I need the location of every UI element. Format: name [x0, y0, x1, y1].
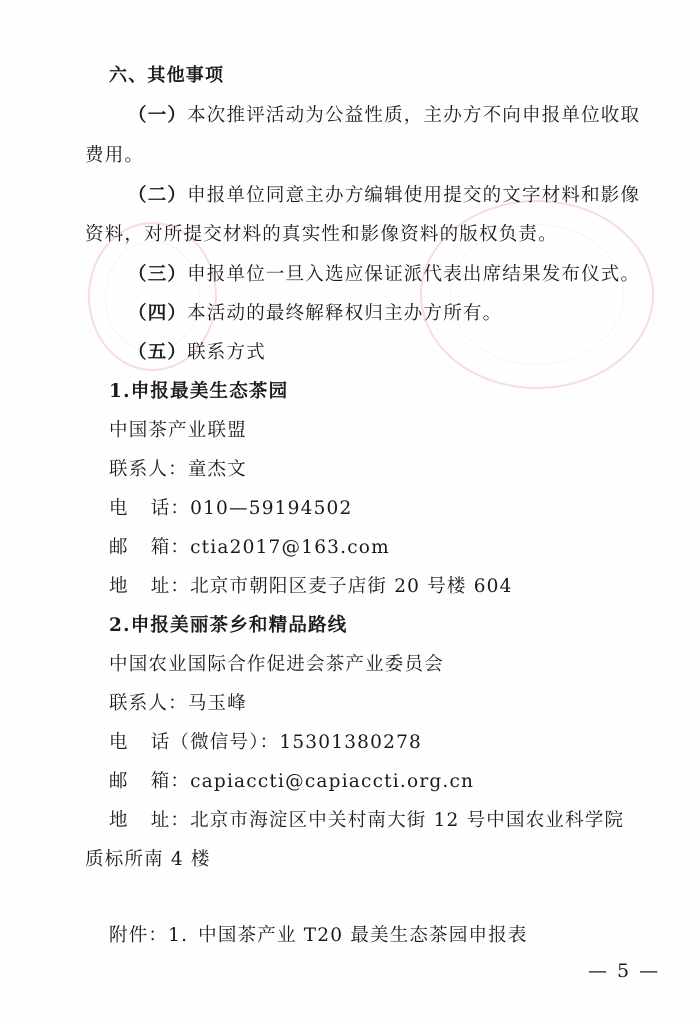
phone-value: 15301380278 — [279, 732, 422, 753]
item-text: 本次推评活动为公益性质，主办方不向申报单位收取 — [187, 105, 640, 126]
contact-2-heading: 2.申报美丽茶乡和精品路线 — [109, 614, 347, 638]
item-2: （二）申报单位同意主办方编辑使用提交的文字材料和影像 — [128, 184, 640, 208]
contact-1-person: 联系人：童杰文 — [109, 458, 247, 482]
contact-1-phone: 电话：010—59194502 — [109, 497, 352, 521]
person-name: 马玉峰 — [188, 693, 247, 714]
document-page: 六、其他事项 （一）本次推评活动为公益性质，主办方不向申报单位收取 费用。 （二… — [0, 0, 700, 1019]
address-label: 地 — [109, 576, 129, 597]
contact-1-email: 邮箱：ctia2017@163.com — [109, 536, 390, 560]
item-1: （一）本次推评活动为公益性质，主办方不向申报单位收取 — [128, 104, 640, 128]
email-label: 邮 — [109, 771, 129, 792]
contact-2-address-continuation: 质标所南 4 楼 — [85, 848, 211, 872]
email-value: ctia2017@163.com — [190, 537, 390, 558]
email-label: 邮 — [109, 537, 129, 558]
item-text: 联系方式 — [187, 342, 266, 363]
contact-1-heading: 1.申报最美生态茶园 — [109, 380, 288, 404]
phone-label-suffix: 话： — [151, 498, 190, 519]
person-label: 联系人： — [109, 693, 188, 714]
item-text: 申报单位一旦入选应保证派代表出席结果发布仪式。 — [187, 264, 640, 285]
phone-value: 010—59194502 — [190, 498, 352, 519]
contact-2-person: 联系人：马玉峰 — [109, 692, 247, 716]
phone-label-suffix: 话（微信号）： — [151, 732, 280, 753]
contact-2-address: 地址：北京市海淀区中关村南大街 12 号中国农业科学院 — [109, 809, 624, 833]
email-value: capiaccti@capiaccti.org.cn — [190, 771, 474, 792]
item-marker: （一） — [128, 105, 187, 126]
person-label: 联系人： — [109, 459, 188, 480]
contact-2-phone: 电话（微信号）：15301380278 — [109, 731, 422, 755]
address-value: 北京市海淀区中关村南大街 12 号中国农业科学院 — [190, 810, 624, 831]
phone-label: 电 — [109, 732, 129, 753]
item-marker: （二） — [128, 185, 187, 206]
contact-2-email: 邮箱：capiaccti@capiaccti.org.cn — [109, 770, 474, 794]
item-5: （五）联系方式 — [128, 341, 266, 365]
phone-label: 电 — [109, 498, 129, 519]
contact-1-address: 地址：北京市朝阳区麦子店街 20 号楼 604 — [109, 575, 513, 599]
contact-1-organization: 中国茶产业联盟 — [109, 419, 247, 443]
page-number: — 5 — — [588, 960, 660, 982]
contact-2-organization: 中国农业国际合作促进会茶产业委员会 — [109, 653, 444, 677]
attachment-label: 附件： — [109, 925, 168, 946]
item-2-continuation: 资料，对所提交材料的真实性和影像资料的版权负责。 — [85, 223, 558, 247]
address-label-suffix: 址： — [151, 810, 190, 831]
email-label-suffix: 箱： — [151, 537, 190, 558]
attachment-number: 1. — [168, 925, 188, 946]
address-value: 北京市朝阳区麦子店街 20 号楼 604 — [190, 576, 513, 597]
attachment-line: 附件：1.中国茶产业 T20 最美生态茶园申报表 — [109, 924, 528, 948]
section-title: 六、其他事项 — [109, 64, 224, 88]
attachment-title: 中国茶产业 T20 最美生态茶园申报表 — [198, 925, 527, 946]
address-label: 地 — [109, 810, 129, 831]
person-name: 童杰文 — [188, 459, 247, 480]
item-4: （四）本活动的最终解释权归主办方所有。 — [128, 302, 502, 326]
item-marker: （三） — [128, 264, 187, 285]
item-1-continuation: 费用。 — [85, 144, 144, 168]
item-text: 申报单位同意主办方编辑使用提交的文字材料和影像 — [187, 185, 640, 206]
address-label-suffix: 址： — [151, 576, 190, 597]
item-marker: （五） — [128, 342, 187, 363]
item-marker: （四） — [128, 303, 187, 324]
email-label-suffix: 箱： — [151, 771, 190, 792]
item-text: 本活动的最终解释权归主办方所有。 — [187, 303, 502, 324]
item-3: （三）申报单位一旦入选应保证派代表出席结果发布仪式。 — [128, 263, 640, 287]
